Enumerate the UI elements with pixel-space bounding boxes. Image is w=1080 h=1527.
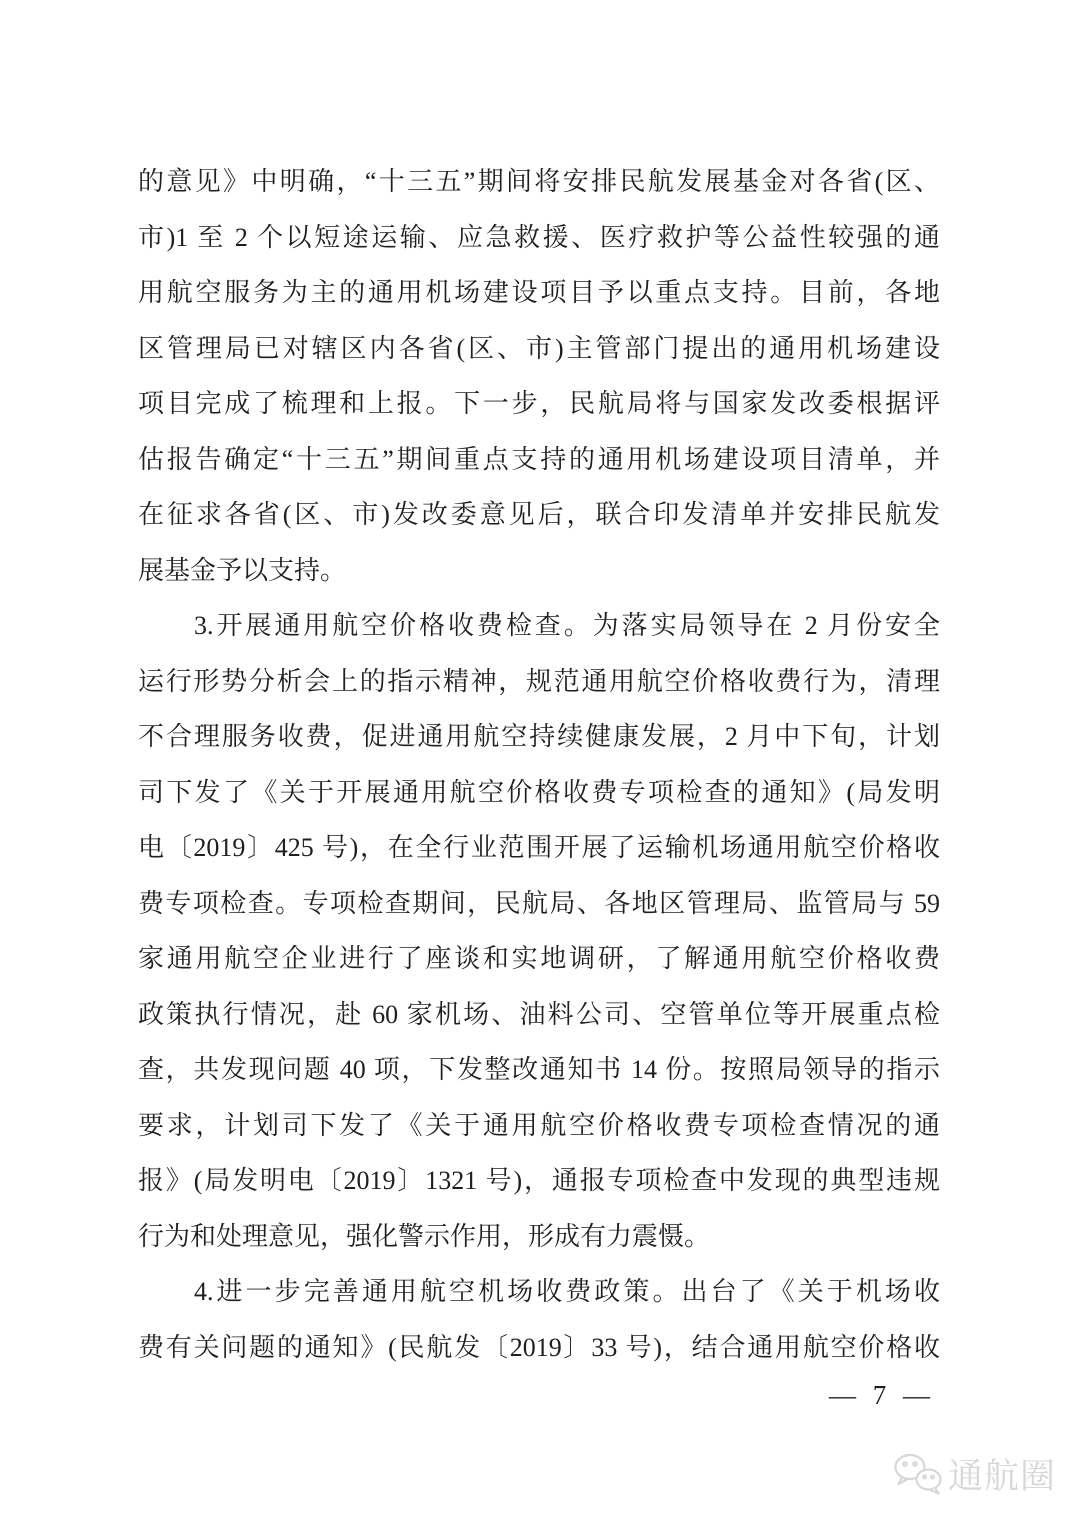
- text-line: 报》(局发明电〔2019〕1321 号)，通报专项检查中发现的典型违规: [138, 1153, 940, 1209]
- watermark-label: 通航圈: [948, 1456, 1056, 1498]
- text-line: 费有关问题的通知》(民航发〔2019〕33 号)，结合通用航空价格收: [138, 1320, 940, 1376]
- text-line: 家通用航空企业进行了座谈和实地调研，了解通用航空价格收费: [138, 931, 940, 987]
- text-line: 行为和处理意见，强化警示作用，形成有力震慑。: [138, 1209, 940, 1265]
- text-line: 市)1 至 2 个以短途运输、应急救援、医疗救护等公益性较强的通: [138, 210, 940, 266]
- text-line: 展基金予以支持。: [138, 543, 940, 599]
- text-line: 在征求各省(区、市)发改委意见后，联合印发清单并安排民航发: [138, 487, 940, 543]
- document-page: 的意见》中明确，“十三五”期间将安排民航发展基金对各省(区、 市)1 至 2 个…: [0, 0, 1080, 1527]
- text-line: 区管理局已对辖区内各省(区、市)主管部门提出的通用机场建设: [138, 321, 940, 377]
- text-line: 政策执行情况，赴 60 家机场、油料公司、空管单位等开展重点检: [138, 987, 940, 1043]
- text-line: 费专项检查。专项检查期间，民航局、各地区管理局、监管局与 59: [138, 876, 940, 932]
- watermark: 通航圈: [893, 1452, 1056, 1501]
- text-line: 查，共发现问题 40 项，下发整改通知书 14 份。按照局领导的指示: [138, 1042, 940, 1098]
- page-number: — 7 —: [829, 1378, 935, 1412]
- text-line: 电〔2019〕425 号)，在全行业范围开展了运输机场通用航空价格收: [138, 820, 940, 876]
- text-line: 运行形势分析会上的指示精神，规范通用航空价格收费行为，清理: [138, 654, 940, 710]
- wechat-chat-bubbles-icon: [893, 1452, 943, 1501]
- text-line: 估报告确定“十三五”期间重点支持的通用机场建设项目清单，并: [138, 432, 940, 488]
- paragraph-start-line: 3.开展通用航空价格收费检查。为落实局领导在 2 月份安全: [138, 598, 940, 654]
- text-line: 项目完成了梳理和上报。下一步，民航局将与国家发改委根据评: [138, 376, 940, 432]
- document-body: 的意见》中明确，“十三五”期间将安排民航发展基金对各省(区、 市)1 至 2 个…: [138, 154, 940, 1375]
- paragraph-start-line: 4.进一步完善通用航空机场收费政策。出台了《关于机场收: [138, 1264, 940, 1320]
- text-line: 要求，计划司下发了《关于通用航空价格收费专项检查情况的通: [138, 1098, 940, 1154]
- text-line: 不合理服务收费，促进通用航空持续健康发展，2 月中下旬，计划: [138, 709, 940, 765]
- text-line: 用航空服务为主的通用机场建设项目予以重点支持。目前，各地: [138, 265, 940, 321]
- text-line: 的意见》中明确，“十三五”期间将安排民航发展基金对各省(区、: [138, 154, 940, 210]
- text-line: 司下发了《关于开展通用航空价格收费专项检查的通知》(局发明: [138, 765, 940, 821]
